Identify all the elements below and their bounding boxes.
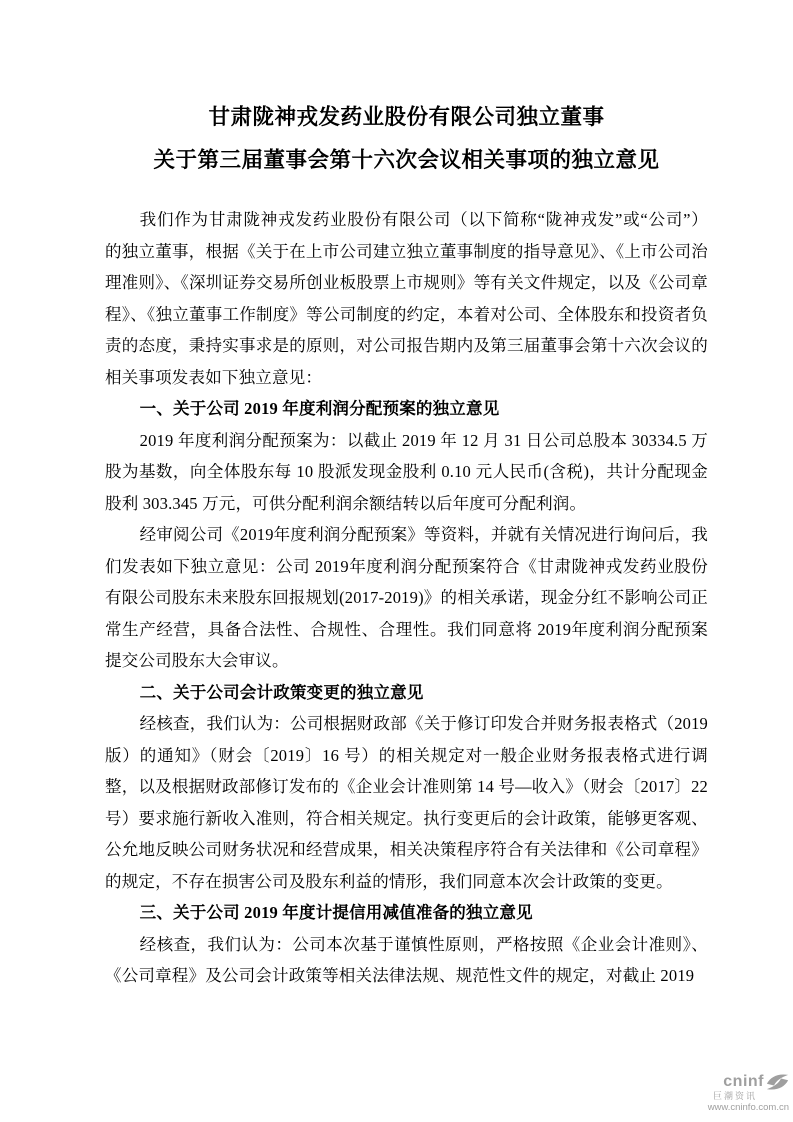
cninfo-logo-row: cninf bbox=[699, 1073, 789, 1091]
section-2-paragraph-1: 经核查，我们认为：公司根据财政部《关于修订印发合并财务报表格式（2019 版）的… bbox=[105, 708, 708, 897]
section-1-paragraph-2: 经审阅公司《2019年度利润分配预案》等资料，并就有关情况进行询问后，我们发表如… bbox=[105, 519, 708, 677]
title-line-2: 关于第三届董事会第十六次会议相关事项的独立意见 bbox=[105, 139, 708, 182]
cninfo-logo-subtitle: 巨潮资讯 bbox=[699, 1091, 789, 1102]
cninfo-logo-text: cninf bbox=[723, 1074, 764, 1090]
cninfo-swirl-icon bbox=[766, 1073, 789, 1091]
cninfo-logo: cninf 巨潮资讯 www.cninfo.com.cn bbox=[699, 1073, 789, 1114]
document-page: 甘肃陇神戎发药业股份有限公司独立董事 关于第三届董事会第十六次会议相关事项的独立… bbox=[0, 0, 793, 1122]
intro-paragraph: 我们作为甘肃陇神戎发药业股份有限公司（以下简称“陇神戎发”或“公司”） 的独立董… bbox=[105, 204, 708, 393]
document-title: 甘肃陇神戎发药业股份有限公司独立董事 关于第三届董事会第十六次会议相关事项的独立… bbox=[105, 96, 708, 182]
section-2-heading: 二、关于公司会计政策变更的独立意见 bbox=[105, 677, 708, 709]
section-1-paragraph-1: 2019 年度利润分配预案为：以截止 2019 年 12 月 31 日公司总股本… bbox=[105, 425, 708, 520]
cninfo-logo-url: www.cninfo.com.cn bbox=[699, 1102, 789, 1114]
title-line-1: 甘肃陇神戎发药业股份有限公司独立董事 bbox=[105, 96, 708, 139]
section-3-paragraph-1: 经核查，我们认为：公司本次基于谨慎性原则，严格按照《企业会计准则》、《公司章程》… bbox=[105, 929, 708, 992]
section-3-heading: 三、关于公司 2019 年度计提信用减值准备的独立意见 bbox=[105, 897, 708, 929]
section-1-heading: 一、关于公司 2019 年度利润分配预案的独立意见 bbox=[105, 393, 708, 425]
